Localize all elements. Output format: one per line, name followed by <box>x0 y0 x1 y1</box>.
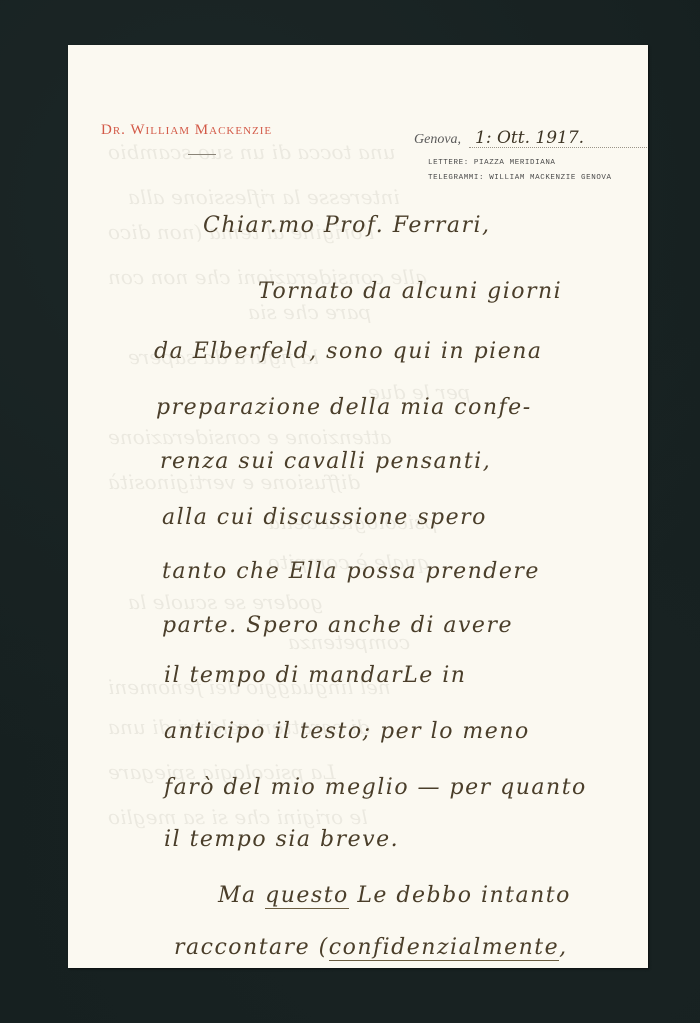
letter-line: alla cui discussione spero <box>162 505 487 530</box>
letter-line: anticipo il testo; per lo meno <box>164 719 530 744</box>
bleed-line: godere se scuole la <box>128 590 323 614</box>
letter-line: farò del mio meglio — per quanto <box>164 775 587 800</box>
text-fragment: raccontare ( <box>174 935 329 960</box>
letter-line: raccontare (confidenzialmente, <box>174 935 568 960</box>
salutation: Chiar.mo Prof. Ferrari, <box>203 213 491 238</box>
letter-line: da Elberfeld, sono qui in piena <box>154 339 543 364</box>
bleed-line: una tocca di un suo scambio <box>108 140 396 164</box>
underlined-word: questo <box>265 883 349 909</box>
letter-line: tanto che Ella possa prendere <box>162 559 540 584</box>
place-label: Genova, <box>414 132 461 148</box>
text-fragment: Le debbo intanto <box>357 883 571 908</box>
handwritten-date: 1: Ott. 1917. <box>469 129 648 148</box>
letter-line: preparazione della mia confe- <box>156 395 532 420</box>
letter-line: il tempo di mandarLe in <box>164 663 466 688</box>
letter-line: Tornato da alcuni giorni <box>258 279 562 304</box>
letterhead-telegram: TELEGRAMMI: WILLIAM MACKENZIE GENOVA <box>428 174 612 182</box>
letterhead-name: Dr. William Mackenzie <box>101 122 272 139</box>
text-fragment: , <box>559 935 568 960</box>
bleed-line: attenzione e considerazione <box>108 425 392 449</box>
underlined-word: confidenzialmente <box>329 935 559 961</box>
letterhead-address: LETTERE: PIAZZA MERIDIANA <box>428 159 556 167</box>
bleed-line: le origini che si sa meglio <box>108 805 368 829</box>
letter-line: il tempo sia breve. <box>164 827 399 852</box>
letter-line: parte. Spero anche di avere <box>162 613 513 638</box>
bleed-line: interesse la riflessione alla <box>128 185 400 209</box>
letter-line: renza sui cavalli pensanti, <box>160 449 491 474</box>
text-fragment: Ma <box>218 883 257 908</box>
letter-sheet: una tocca di un suo scambio interesse la… <box>68 45 648 968</box>
letter-line: Ma questo Le debbo intanto <box>218 883 571 908</box>
place-date-line: Genova, 1: Ott. 1917. <box>414 129 648 148</box>
letterhead-divider <box>188 154 216 155</box>
